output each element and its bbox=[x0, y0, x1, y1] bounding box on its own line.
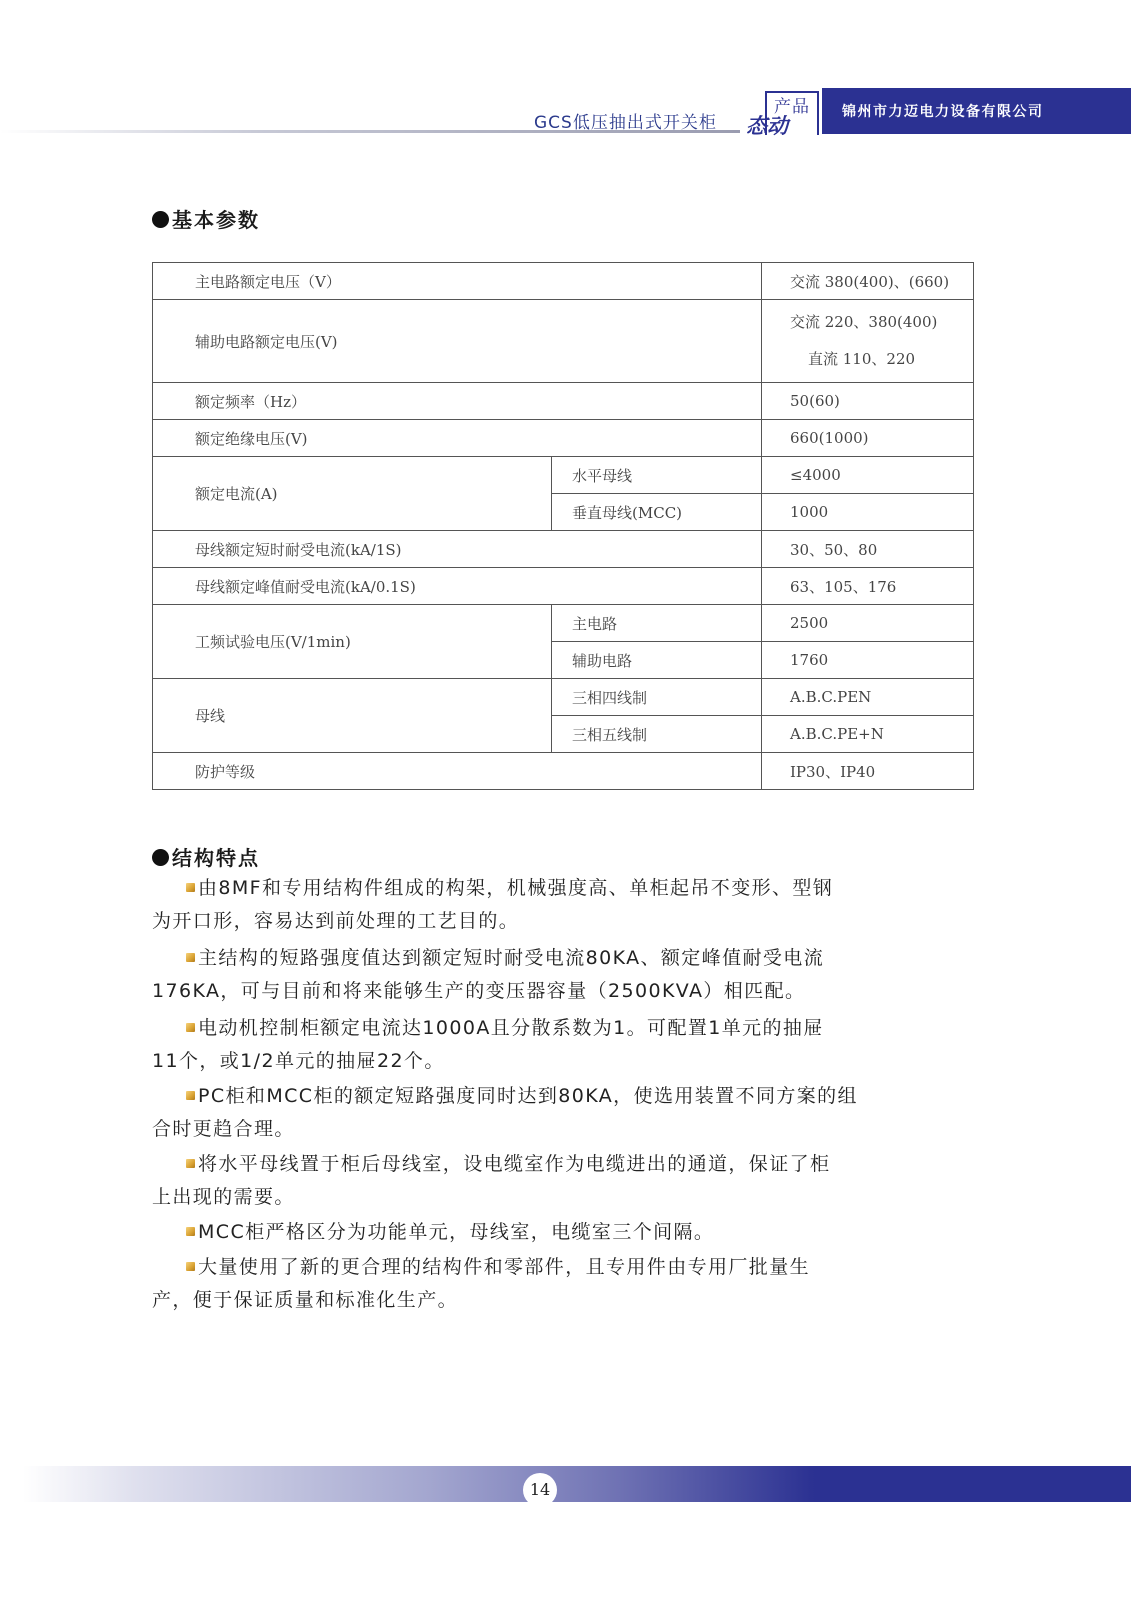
table-row: 防护等级 IP30、IP40 bbox=[153, 753, 974, 790]
row-label: 额定绝缘电压(V) bbox=[153, 420, 762, 457]
feature-text: 主结构的短路强度值达到额定短时耐受电流80KA、额定峰值耐受电流 bbox=[198, 947, 824, 969]
feature-text: 电动机控制柜额定电流达1000A且分散系数为1。可配置1单元的抽屉 bbox=[198, 1017, 824, 1039]
row-label: 母线额定短时耐受电流(kA/1S) bbox=[153, 531, 762, 568]
company-name: 锦州市力迈电力设备有限公司 bbox=[842, 101, 1044, 121]
row-value: 1760 bbox=[762, 642, 974, 679]
feature-item: MCC柜严格区分为功能单元，母线室，电缆室三个间隔。 bbox=[152, 1216, 967, 1249]
feature-item: 大量使用了新的更合理的结构件和零部件，且专用件由专用厂批量生产，便于保证质量和标… bbox=[152, 1251, 967, 1317]
footer-band bbox=[0, 1466, 1131, 1502]
feature-text: 产，便于保证质量和标准化生产。 bbox=[152, 1289, 458, 1311]
row-label: 母线 bbox=[153, 679, 552, 753]
row-value: 63、105、176 bbox=[762, 568, 974, 605]
table-row: 额定频率（Hz） 50(60) bbox=[153, 383, 974, 420]
row-label: 辅助电路额定电压(V) bbox=[153, 300, 762, 383]
features-heading: 结构特点 bbox=[152, 842, 260, 871]
row-label: 工频试验电压(V/1min) bbox=[153, 605, 552, 679]
feature-text: MCC柜严格区分为功能单元，母线室，电缆室三个间隔。 bbox=[198, 1221, 714, 1243]
params-table: 主电路额定电压（V） 交流 380(400)、(660) 辅助电路额定电压(V)… bbox=[152, 262, 974, 790]
row-value: 30、50、80 bbox=[762, 531, 974, 568]
params-heading-text: 基本参数 bbox=[172, 208, 260, 232]
square-bullet-icon bbox=[186, 1227, 195, 1236]
product-dynamics-logo: 产品 态动 bbox=[760, 90, 818, 136]
row-value: 660(1000) bbox=[762, 420, 974, 457]
table-row: 母线额定峰值耐受电流(kA/0.1S) 63、105、176 bbox=[153, 568, 974, 605]
square-bullet-icon bbox=[186, 1023, 195, 1032]
row-value: 交流 220、380(400) 直流 110、220 bbox=[762, 300, 974, 383]
row-label: 额定频率（Hz） bbox=[153, 383, 762, 420]
table-row: 辅助电路额定电压(V) 交流 220、380(400) 直流 110、220 bbox=[153, 300, 974, 383]
features-heading-text: 结构特点 bbox=[172, 846, 260, 870]
row-value: 1000 bbox=[762, 494, 974, 531]
feature-text: 合时更趋合理。 bbox=[152, 1118, 295, 1140]
company-banner: 锦州市力迈电力设备有限公司 bbox=[822, 88, 1131, 134]
bullet-dot-icon bbox=[152, 849, 169, 866]
bullet-dot-icon bbox=[152, 211, 169, 228]
feature-text: 为开口形，容易达到前处理的工艺目的。 bbox=[152, 910, 519, 932]
table-row: 额定电流(A) 水平母线 ≤4000 bbox=[153, 457, 974, 494]
feature-item: 由8MF和专用结构件组成的构架，机械强度高、单柜起吊不变形、型钢为开口形，容易达… bbox=[152, 872, 967, 938]
row-value: ≤4000 bbox=[762, 457, 974, 494]
table-row: 母线额定短时耐受电流(kA/1S) 30、50、80 bbox=[153, 531, 974, 568]
row-value: 交流 380(400)、(660) bbox=[762, 263, 974, 300]
value-line: 交流 220、380(400) bbox=[790, 304, 973, 341]
feature-item: 主结构的短路强度值达到额定短时耐受电流80KA、额定峰值耐受电流176KA，可与… bbox=[152, 942, 967, 1008]
row-label: 额定电流(A) bbox=[153, 457, 552, 531]
sub-label: 垂直母线(MCC) bbox=[552, 494, 762, 531]
table-row: 工频试验电压(V/1min) 主电路 2500 bbox=[153, 605, 974, 642]
square-bullet-icon bbox=[186, 953, 195, 962]
value-line: 直流 110、220 bbox=[790, 341, 973, 378]
feature-text: 11个，或1/2单元的抽屉22个。 bbox=[152, 1050, 445, 1072]
logo-line2: 态动 bbox=[746, 110, 788, 140]
square-bullet-icon bbox=[186, 1262, 195, 1271]
table-row: 主电路额定电压（V） 交流 380(400)、(660) bbox=[153, 263, 974, 300]
table-row: 母线 三相四线制 A.B.C.PEN bbox=[153, 679, 974, 716]
square-bullet-icon bbox=[186, 1091, 195, 1100]
sub-label: 三相五线制 bbox=[552, 716, 762, 753]
square-bullet-icon bbox=[186, 883, 195, 892]
product-title: GCS低压抽出式开关柜 bbox=[534, 108, 717, 133]
row-label: 防护等级 bbox=[153, 753, 762, 790]
row-value: IP30、IP40 bbox=[762, 753, 974, 790]
feature-text: 将水平母线置于柜后母线室，设电缆室作为电缆进出的通道，保证了柜 bbox=[198, 1153, 830, 1175]
row-label: 母线额定峰值耐受电流(kA/0.1S) bbox=[153, 568, 762, 605]
row-value: A.B.C.PEN bbox=[762, 679, 974, 716]
row-value: A.B.C.PE+N bbox=[762, 716, 974, 753]
feature-text: 176KA，可与目前和将来能够生产的变压器容量（2500KVA）相匹配。 bbox=[152, 980, 805, 1002]
row-value: 2500 bbox=[762, 605, 974, 642]
page-number: 14 bbox=[523, 1473, 557, 1507]
sub-label: 三相四线制 bbox=[552, 679, 762, 716]
sub-label: 水平母线 bbox=[552, 457, 762, 494]
feature-text: PC柜和MCC柜的额定短路强度同时达到80KA，使选用装置不同方案的组 bbox=[198, 1085, 858, 1107]
feature-text: 大量使用了新的更合理的结构件和零部件，且专用件由专用厂批量生 bbox=[198, 1256, 810, 1278]
feature-item: 电动机控制柜额定电流达1000A且分散系数为1。可配置1单元的抽屉11个，或1/… bbox=[152, 1012, 967, 1078]
feature-text: 上出现的需要。 bbox=[152, 1186, 295, 1208]
square-bullet-icon bbox=[186, 1159, 195, 1168]
row-label: 主电路额定电压（V） bbox=[153, 263, 762, 300]
sub-label: 辅助电路 bbox=[552, 642, 762, 679]
feature-item: 将水平母线置于柜后母线室，设电缆室作为电缆进出的通道，保证了柜上出现的需要。 bbox=[152, 1148, 967, 1214]
row-value: 50(60) bbox=[762, 383, 974, 420]
params-heading: 基本参数 bbox=[152, 204, 260, 233]
table-row: 额定绝缘电压(V) 660(1000) bbox=[153, 420, 974, 457]
feature-text: 由8MF和专用结构件组成的构架，机械强度高、单柜起吊不变形、型钢 bbox=[198, 877, 833, 899]
sub-label: 主电路 bbox=[552, 605, 762, 642]
features-list: 由8MF和专用结构件组成的构架，机械强度高、单柜起吊不变形、型钢为开口形，容易达… bbox=[152, 872, 967, 1317]
feature-item: PC柜和MCC柜的额定短路强度同时达到80KA，使选用装置不同方案的组合时更趋合… bbox=[152, 1080, 967, 1146]
